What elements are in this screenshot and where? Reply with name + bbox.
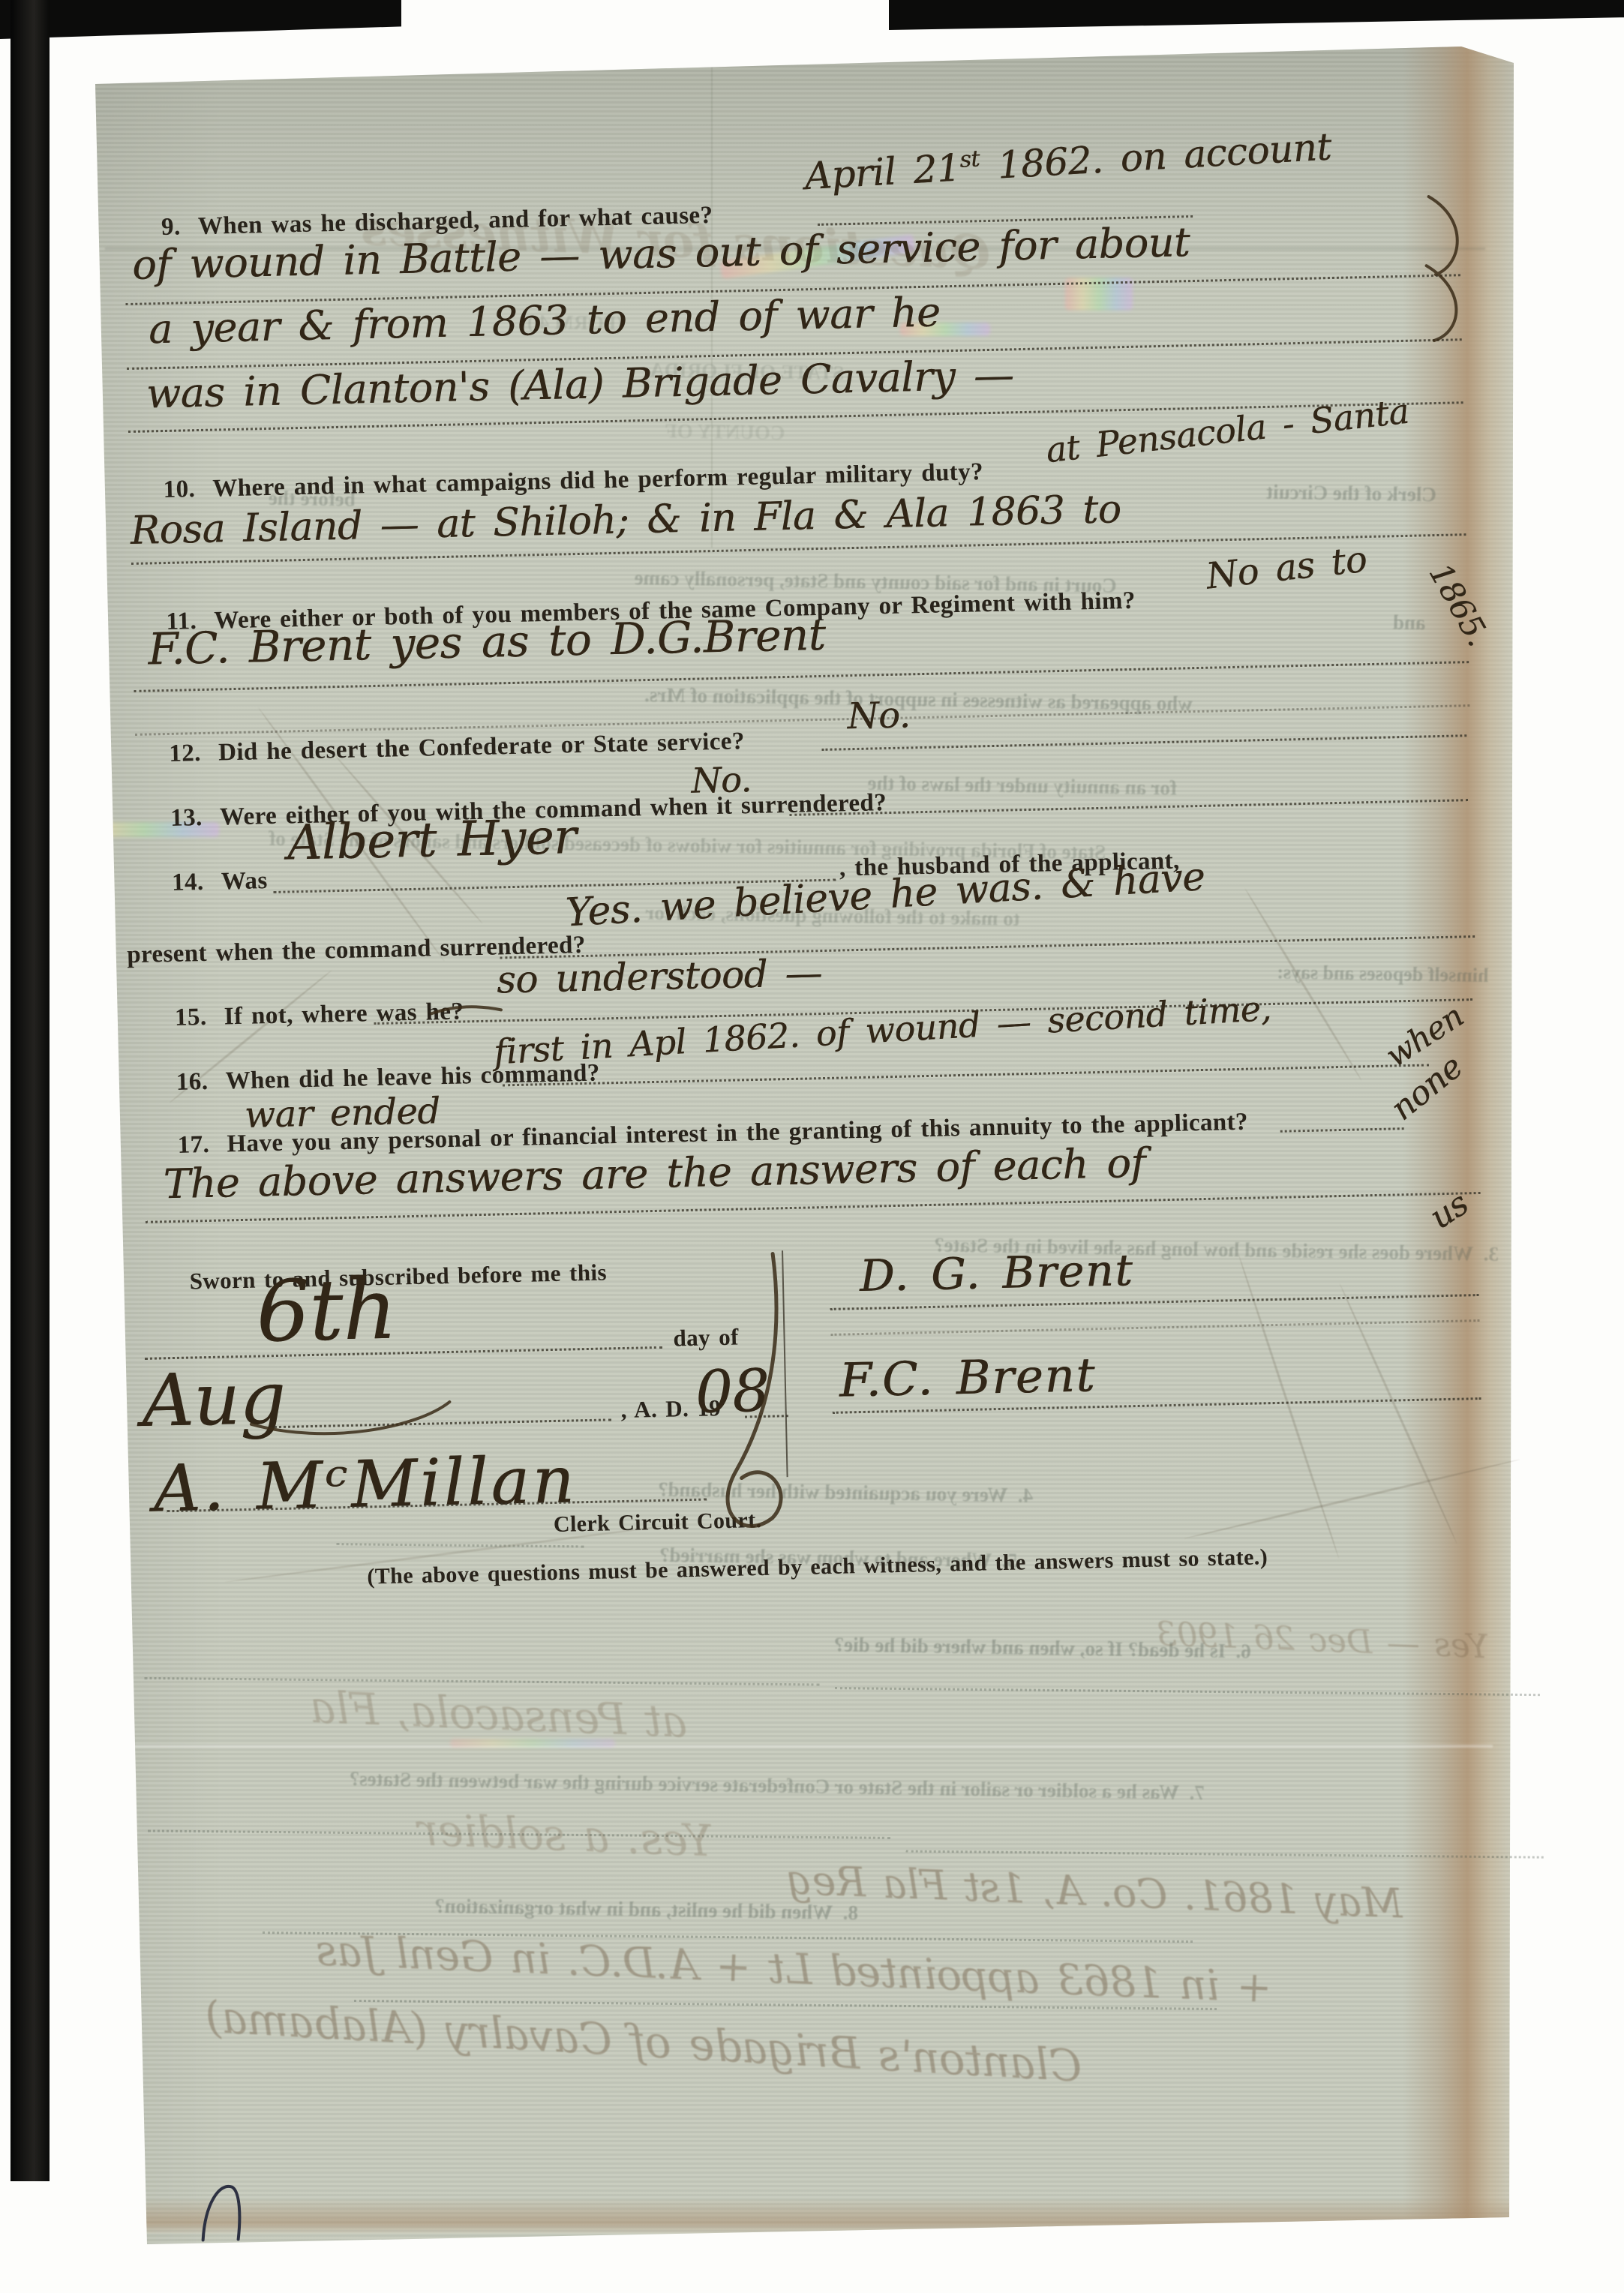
clerk-title-label: Clerk Circuit Court.	[554, 1508, 762, 1538]
signature-dotted-line	[830, 1319, 1479, 1336]
bleedthrough-q7: 7. Was he a soldier or sailor in the Sta…	[349, 1767, 1205, 1805]
q9-ans-date: April 21	[803, 146, 961, 199]
bleedthrough-and: and	[1393, 611, 1426, 635]
bleedthrough-dotted-line	[835, 1687, 1540, 1696]
jurat-dotted-line	[274, 1418, 611, 1428]
sworn-statement-label: Sworn to and subscribed before me this	[189, 1259, 607, 1295]
question-13-answer: No.	[691, 759, 752, 801]
bleedthrough-witnesses-line: who appeared as witnesses in support of …	[644, 683, 1193, 716]
jurat-day-handwritten: 6th	[255, 1261, 398, 1361]
jurat-year-handwritten: 08	[695, 1358, 770, 1427]
question-15-label: 15. If not, where was he?	[175, 998, 464, 1031]
bleedthrough-dotted-line	[906, 1850, 1544, 1859]
question-16-answer-inline: first in Apl 1862. of wound — second tim…	[493, 988, 1272, 1073]
question-10-answer-inline: at Pensacola - Santa	[1044, 391, 1411, 471]
question-9-answer-line-3: a year & from 1863 to end of war he	[148, 288, 941, 353]
bleedthrough-annuity-line: for an annuity under the laws of the	[867, 772, 1177, 800]
question-9-answer-inline: April 21st 1862. on account	[803, 125, 1332, 198]
question-12-answer: No.	[847, 694, 911, 737]
bleedthrough-clerk-circuit: Clerk of the Circuit	[1266, 481, 1436, 507]
bleedthrough-q8-answer-1: May 1861. Co. A, 1st Fla Reg	[786, 1856, 1404, 1927]
bleedthrough-q6-answer-2: at Pensacola, Fla	[309, 1682, 688, 1748]
bleedthrough-county: COUNTY OF	[665, 419, 785, 445]
answer-dotted-line	[821, 734, 1466, 751]
question-10-answer-overflow: 1865.	[1422, 557, 1497, 653]
clerk-signature: A. MᶜMillan	[153, 1442, 578, 1526]
bleedthrough-q4: 4. Were you acquainted with her husband?	[658, 1478, 1034, 1507]
jurat-column-divider	[782, 1250, 788, 1477]
question-14-name-fill: Albert Hyer	[287, 809, 577, 871]
jurat-month-handwritten: Aug	[141, 1356, 287, 1443]
witness-signature-2: F.C. Brent	[839, 1347, 1097, 1407]
question-14-answer-line-2: so understood —	[496, 951, 822, 1001]
bleedthrough-dotted-line	[144, 1677, 819, 1686]
bleedthrough-deposes: himself deposes and says:	[1277, 961, 1489, 987]
q9-ans-superscript: st	[959, 146, 980, 173]
ghost-pen-stroke	[1184, 1458, 1520, 1539]
q9-ans-rest: 1862. on account	[996, 125, 1332, 187]
answer-dotted-line	[1280, 1127, 1404, 1133]
bleedthrough-dotted-line	[336, 1543, 584, 1547]
jurat-day-of-label: day of	[673, 1324, 739, 1352]
answer-dotted-line	[503, 1064, 1429, 1086]
bottom-left-pen-mark	[202, 2186, 240, 2240]
question-11-answer-inline: No as to	[1204, 539, 1369, 598]
form-content: Questions for Witnesses (FORM 4.) STATE …	[0, 0, 1624, 2293]
answer-dotted-line	[789, 799, 1468, 816]
question-12-label: 12. Did he desert the Confederate or Sta…	[169, 728, 745, 768]
witness-signature-1: D. G. Brent	[859, 1244, 1134, 1301]
q9-pen-flourish	[1429, 196, 1458, 275]
question-14-label-start: 14. Was	[172, 867, 268, 897]
question-9-answer-line-4: was in Clanton's (Ala) Brigade Cavalry —	[146, 351, 1014, 417]
